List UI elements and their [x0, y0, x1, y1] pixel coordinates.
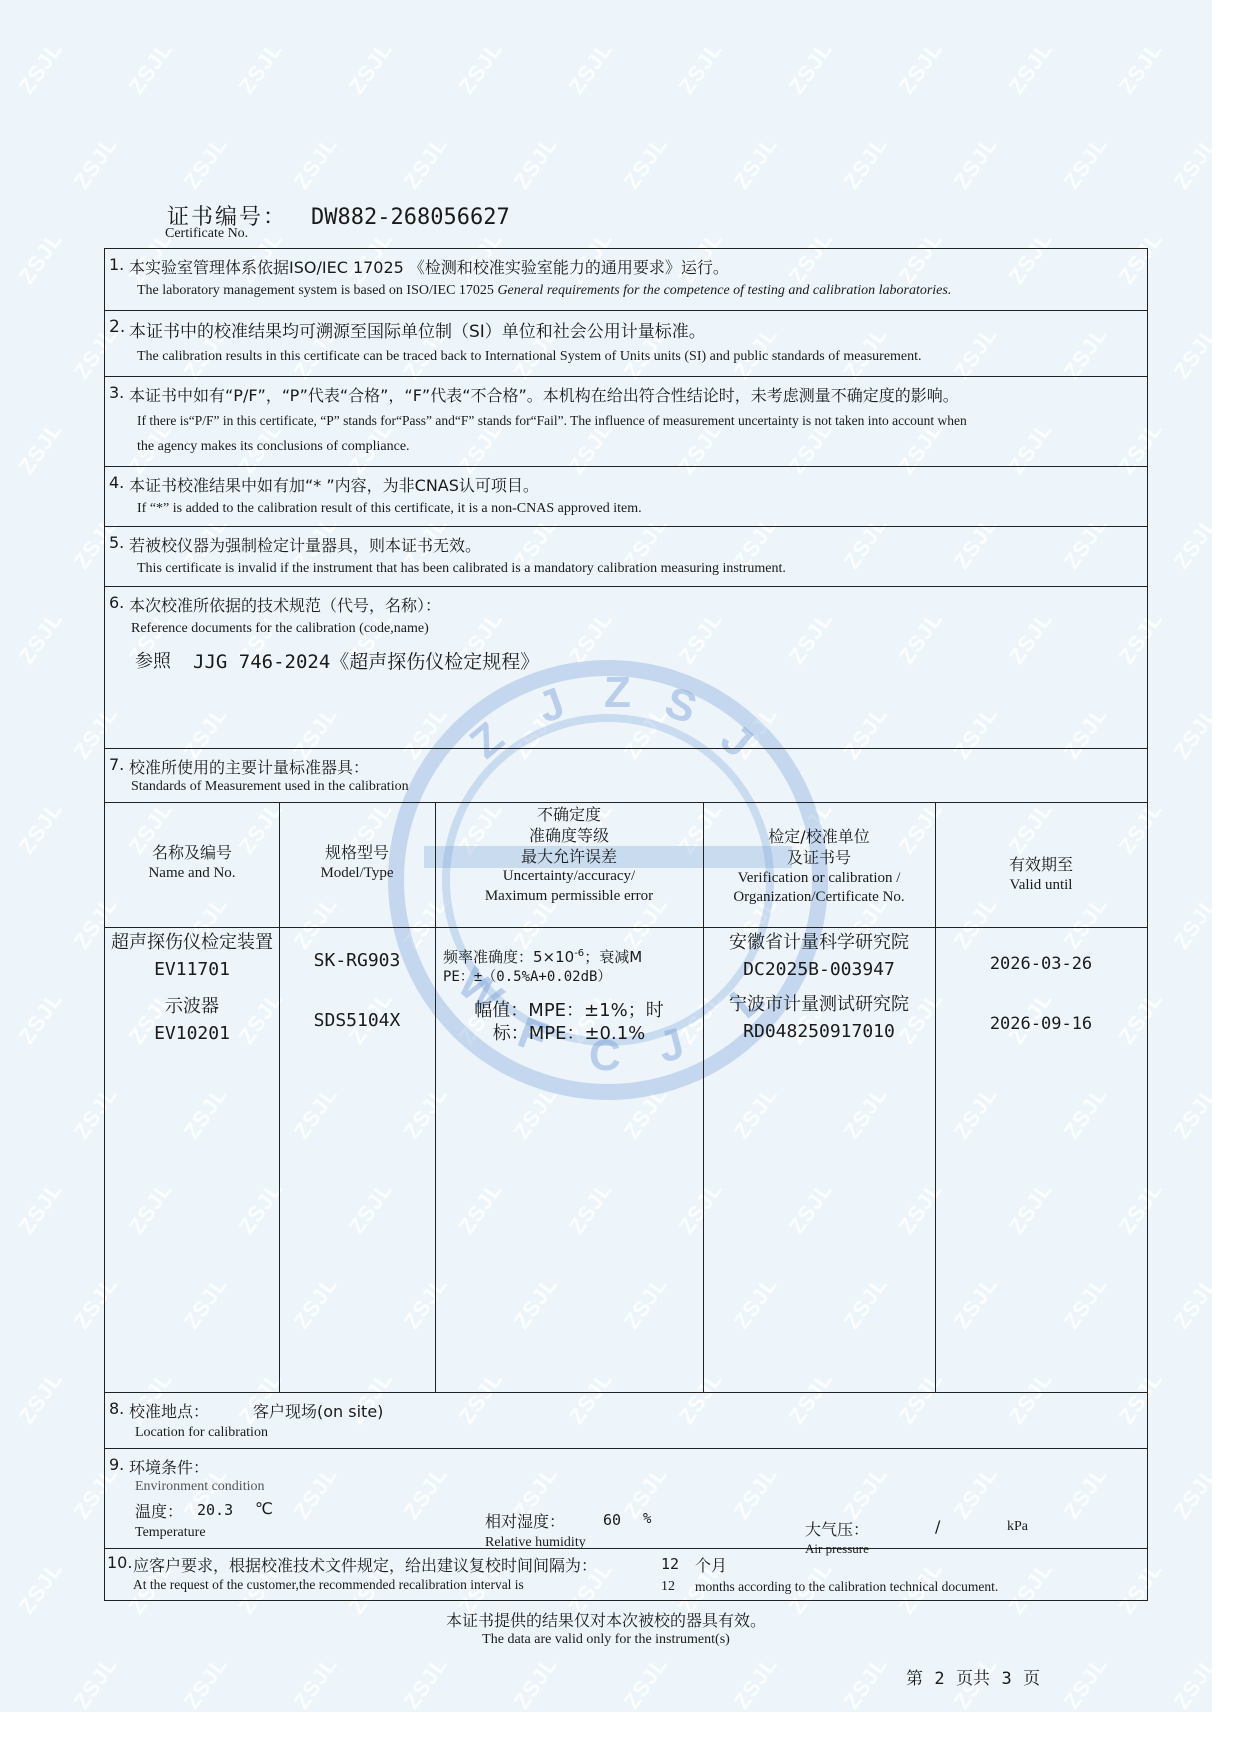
humidity-label: 相对湿度： [485, 1509, 565, 1532]
watermark-text: ZSJL [0, 0, 13, 4]
clause-number: 2. [109, 317, 125, 337]
table-header-name: 名称及编号 Name and No. [105, 843, 279, 883]
table-header-model: 规格型号 Model/Type [279, 843, 435, 883]
humidity-unit: % [643, 1511, 651, 1527]
table-row-1-name: 超声探伤仪检定装置 EV11701 [105, 931, 279, 982]
watermark-text: ZSJL [949, 132, 1003, 194]
watermark-text: ZSJL [729, 0, 783, 4]
organization-name: 宁波市计量测试研究院 [703, 993, 935, 1016]
page-prefix: 第 [906, 1669, 923, 1689]
location-label-en: Location for calibration [135, 1425, 268, 1441]
page-mid: 页共 [956, 1669, 990, 1689]
instrument-number: EV10201 [105, 1022, 279, 1045]
watermark-text: ZSJL [894, 37, 948, 99]
watermark-text: ZSJL [1059, 132, 1113, 194]
watermark-text: ZSJL [69, 132, 123, 194]
instrument-number: EV11701 [105, 958, 279, 981]
temperature-value: 20.3 [197, 1501, 233, 1519]
clause-number: 1. [109, 255, 124, 274]
clause-1: 1. 本实验室管理体系依据ISO/IEC 17025 《检测和校准实验室能力的通… [105, 248, 1147, 311]
clause-text-zh: 校准所使用的主要计量标准器具： [129, 755, 369, 778]
reference-document: JJG 746-2024《超声探伤仪检定规程》 [193, 647, 539, 674]
certificate-page: ZSJLZSJLZSJLZSJLZSJLZSJLZSJLZSJLZSJLZSJL… [0, 0, 1212, 1712]
table-row-1-uncertainty: 频率准确度：5×10-6；衰减M PE：±（0.5%A+0.02dB） [435, 947, 711, 986]
table-row-2-model: SDS5104X [279, 1009, 435, 1032]
environment-label-en: Environment condition [135, 1479, 264, 1495]
organization-certificate-no: DC2025B-003947 [703, 958, 935, 981]
scan-margin-bottom [0, 1712, 1240, 1753]
watermark-text: ZSJL [1169, 702, 1212, 764]
header-zh: 名称及编号 [105, 843, 279, 864]
watermark-text: ZSJL [509, 132, 563, 194]
clause-number: 7. [109, 755, 124, 774]
table-row-2-name: 示波器 EV10201 [105, 995, 279, 1046]
watermark-text: ZSJL [839, 132, 893, 194]
clause-3: 3. 本证书中如有“P/F”，“P”代表“合格”，“F”代表“不合格”。本机构在… [105, 376, 1147, 467]
header-en: Organization/Certificate No. [703, 888, 935, 908]
page-suffix: 页 [1023, 1669, 1040, 1689]
clause-text-zh: 本实验室管理体系依据ISO/IEC 17025 《检测和校准实验室能力的通用要求… [129, 255, 729, 278]
watermark-text: ZSJL [179, 132, 233, 194]
table-header-valid-until: 有效期至 Valid until [935, 855, 1147, 895]
clause-text-zh: 本次校准所依据的技术规范（代号，名称）： [129, 593, 441, 616]
recalibration-interval-value-en: 12 [661, 1579, 675, 1595]
header-zh: 不确定度 [435, 805, 703, 826]
table-row-2-valid-until: 2026-09-16 [935, 1013, 1147, 1035]
location-value: 客户现场(on site) [253, 1399, 383, 1422]
environment-label-zh: 环境条件： [129, 1455, 209, 1478]
clause-text-en-line2: the agency makes its conclusions of comp… [137, 439, 410, 455]
watermark-text: ZSJL [14, 37, 68, 99]
watermark-text: ZSJL [1169, 322, 1212, 384]
watermark-text: ZSJL [564, 37, 618, 99]
clause-7: 7. 校准所使用的主要计量标准器具： Standards of Measurem… [105, 748, 1147, 803]
watermark-text: ZSJL [1169, 1652, 1212, 1712]
pressure-label: 大气压： [805, 1517, 869, 1540]
location-label-zh: 校准地点： [129, 1399, 209, 1422]
clauses-box: 1. 本实验室管理体系依据ISO/IEC 17025 《检测和校准实验室能力的通… [104, 248, 1148, 1601]
watermark-text: ZSJL [344, 37, 398, 99]
watermark-text: ZSJL [1169, 0, 1212, 4]
uncertainty-text: PE：±（0.5%A+0.02dB） [443, 968, 711, 986]
watermark-text: ZSJL [234, 37, 288, 99]
table-header-uncertainty: 不确定度 准确度等级 最大允许误差 Uncertainty/accuracy/ … [435, 805, 703, 906]
temperature-unit: ℃ [255, 1499, 273, 1518]
clause-text-en: The calibration results in this certific… [137, 349, 922, 365]
clause-number: 6. [109, 593, 124, 612]
watermark-text: ZSJL [124, 37, 178, 99]
clause-text-zh: 本证书中的校准结果均可溯源至国际单位制（SI）单位和社会公用计量标准。 [129, 317, 706, 342]
table-row-1-organization: 安徽省计量科学研究院 DC2025B-003947 [703, 931, 935, 982]
clause-text-en: Standards of Measurement used in the cal… [131, 779, 409, 795]
watermark-text: ZSJL [69, 1652, 123, 1712]
temperature-label: 温度： [135, 1499, 183, 1522]
clause-2: 2. 本证书中的校准结果均可溯源至国际单位制（SI）单位和社会公用计量标准。 T… [105, 310, 1147, 377]
clause-6: 6. 本次校准所依据的技术规范（代号，名称）： Reference docume… [105, 586, 1147, 749]
scan-margin-right [1212, 0, 1240, 1753]
header-zh: 检定/校准单位 [703, 827, 935, 848]
watermark-text: ZSJL [399, 132, 453, 194]
pressure-value: / [935, 1517, 940, 1536]
watermark-text: ZSJL [949, 0, 1003, 4]
watermark-text: ZSJL [1059, 1652, 1113, 1712]
watermark-text: ZSJL [1169, 1082, 1212, 1144]
clause-text-en-line1: If there is“P/F” in this certificate, “P… [137, 413, 967, 429]
table-header-organization: 检定/校准单位 及证书号 Verification or calibration… [703, 827, 935, 908]
instrument-name: 示波器 [105, 995, 279, 1018]
uncertainty-text: 频率准确度：5×10 [443, 948, 574, 966]
organization-name: 安徽省计量科学研究院 [703, 931, 935, 954]
clause-number: 3. [109, 383, 124, 402]
header-zh: 准确度等级 [435, 826, 703, 847]
watermark-text: ZSJL [619, 0, 673, 4]
reference-prefix: 参照 [135, 647, 171, 673]
header-en: Name and No. [105, 864, 279, 884]
header-en: Model/Type [279, 864, 435, 884]
clause-text-zh: 本证书校准结果中如有加“* ”内容，为非CNAS认可项目。 [129, 473, 539, 496]
watermark-text: ZSJL [179, 0, 233, 4]
uncertainty-text: 标：MPE：±0.1% [435, 1022, 703, 1045]
recalibration-text-en: At the request of the customer,the recom… [133, 1577, 524, 1593]
table-row-1-model: SK-RG903 [279, 949, 435, 972]
watermark-text: ZSJL [1169, 132, 1212, 194]
watermark-text: ZSJL [454, 37, 508, 99]
page-total: 3 [1001, 1669, 1011, 1689]
watermark-text: ZSJL [289, 132, 343, 194]
watermark-text: ZSJL [14, 227, 68, 289]
clause-9-environment: 9. 环境条件： Environment condition 温度： 20.3 … [105, 1448, 1147, 1549]
header-en: Uncertainty/accuracy/ [435, 867, 703, 887]
watermark-text: ZSJL [399, 1652, 453, 1712]
clause-8-location: 8. 校准地点： 客户现场(on site) Location for cali… [105, 1392, 1147, 1449]
watermark-text: ZSJL [1114, 37, 1168, 99]
watermark-text: ZSJL [14, 607, 68, 669]
clause-text-en: If “*” is added to the calibration resul… [137, 501, 642, 517]
page-current: 2 [934, 1669, 944, 1689]
humidity-value: 60 [603, 1511, 621, 1529]
watermark-text: ZSJL [14, 1177, 68, 1239]
recalibration-text-en-tail: months according to the calibration tech… [695, 1579, 998, 1595]
watermark-text: ZSJL [729, 1652, 783, 1712]
certificate-number-label-en: Certificate No. [165, 226, 248, 242]
table-row-1-valid-until: 2026-03-26 [935, 953, 1147, 975]
uncertainty-exponent: -6 [574, 948, 584, 959]
watermark-text: ZSJL [14, 797, 68, 859]
recalibration-text-zh: 应客户要求，根据校准技术文件规定，给出建议复校时间间隔为： [133, 1553, 597, 1576]
clause-text-zh: 若被校仪器为强制检定计量器具，则本证书无效。 [129, 533, 481, 556]
watermark-text: ZSJL [674, 37, 728, 99]
instrument-name: 超声探伤仪检定装置 [105, 931, 279, 954]
header-en: Maximum permissible error [435, 887, 703, 907]
watermark-text: ZSJL [839, 1652, 893, 1712]
clause-4: 4. 本证书校准结果中如有加“* ”内容，为非CNAS认可项目。 If “*” … [105, 466, 1147, 527]
watermark-text: ZSJL [69, 0, 123, 4]
header-en: Valid until [935, 876, 1147, 896]
watermark-text: ZSJL [399, 0, 453, 4]
watermark-text: ZSJL [179, 1652, 233, 1712]
uncertainty-text: ；衰减M [584, 948, 642, 966]
watermark-text: ZSJL [289, 1652, 343, 1712]
header-en: Verification or calibration / [703, 869, 935, 889]
header-zh: 有效期至 [935, 855, 1147, 876]
pressure-unit: kPa [1007, 1519, 1028, 1535]
clause-number: 10. [107, 1553, 132, 1572]
clause-text-en: This certificate is invalid if the instr… [137, 561, 786, 577]
header-zh: 规格型号 [279, 843, 435, 864]
watermark-text: ZSJL [619, 132, 673, 194]
watermark-text: ZSJL [784, 37, 838, 99]
watermark-text: ZSJL [729, 132, 783, 194]
clause-text-en-italic: General requirements for the competence … [497, 283, 951, 298]
watermark-text: ZSJL [839, 0, 893, 4]
clause-text-en-plain: The laboratory management system is base… [137, 283, 497, 298]
temperature-label-en: Temperature [135, 1525, 206, 1541]
watermark-text: ZSJL [14, 987, 68, 1049]
recalibration-interval-unit: 个月 [695, 1553, 727, 1576]
watermark-text: ZSJL [509, 0, 563, 4]
table-header-divider [105, 927, 1147, 928]
page-number: 第 2 页共 3 页 [906, 1664, 1040, 1689]
recalibration-interval-value: 12 [661, 1555, 679, 1573]
certificate-number-value: DW882-268056627 [311, 205, 510, 230]
clause-10-recalibration: 10. 应客户要求，根据校准技术文件规定，给出建议复校时间间隔为： 12 个月 … [105, 1548, 1147, 1601]
validity-note-en: The data are valid only for the instrume… [0, 1632, 1212, 1648]
clause-number: 9. [109, 1455, 124, 1474]
clause-number: 5. [109, 533, 124, 552]
clause-number: 8. [109, 1399, 124, 1418]
watermark-text: ZSJL [1169, 1462, 1212, 1524]
watermark-text: ZSJL [14, 1367, 68, 1429]
watermark-text: ZSJL [1169, 892, 1212, 954]
clause-number: 4. [109, 473, 124, 492]
header-zh: 及证书号 [703, 848, 935, 869]
watermark-text: ZSJL [1169, 512, 1212, 574]
watermark-text: ZSJL [289, 0, 343, 4]
watermark-text: ZSJL [1169, 1272, 1212, 1334]
table-divider [279, 803, 280, 1393]
watermark-text: ZSJL [1059, 0, 1113, 4]
table-row-2-organization: 宁波市计量测试研究院 RD048250917010 [703, 993, 935, 1044]
clause-text-en: Reference documents for the calibration … [131, 621, 429, 637]
uncertainty-text: 幅值：MPE：±1%；时 [435, 999, 703, 1022]
clause-text-en: The laboratory management system is base… [137, 283, 951, 299]
validity-note-zh: 本证书提供的结果仅对本次被校的器具有效。 [0, 1608, 1212, 1631]
organization-certificate-no: RD048250917010 [703, 1020, 935, 1043]
watermark-text: ZSJL [1004, 37, 1058, 99]
table-row-2-uncertainty: 幅值：MPE：±1%；时 标：MPE：±0.1% [435, 999, 703, 1046]
clause-text-zh: 本证书中如有“P/F”，“P”代表“合格”，“F”代表“不合格”。本机构在给出符… [129, 383, 959, 406]
standards-table: 名称及编号 Name and No. 规格型号 Model/Type 不确定度 … [105, 802, 1147, 1393]
watermark-text: ZSJL [509, 1652, 563, 1712]
clause-5: 5. 若被校仪器为强制检定计量器具，则本证书无效。 This certifica… [105, 526, 1147, 587]
watermark-text: ZSJL [619, 1652, 673, 1712]
header-zh: 最大允许误差 [435, 847, 703, 868]
watermark-text: ZSJL [14, 417, 68, 479]
